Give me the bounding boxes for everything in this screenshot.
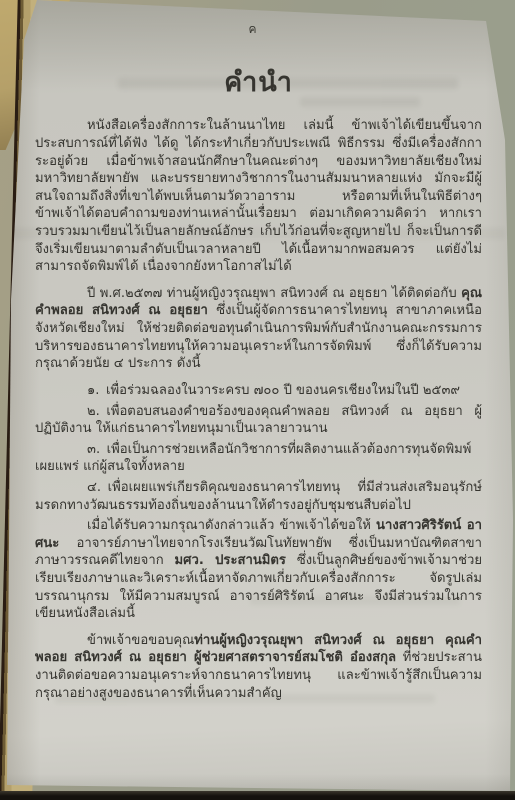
list-item-1: ๑. เพื่อร่วมฉลองในวาระครบ ๗๐๐ ปี ของนครเ… [35, 382, 482, 400]
list-item-3: ๓. เพื่อเป็นการช่วยเหลือนักวิชาการที่ผลิ… [35, 441, 482, 476]
book-page: ค คำนำ หนังสือเครื่องสักการะในล้านนาไทย … [0, 0, 515, 800]
page-number: ค [29, 20, 476, 39]
photo-bottom-edge [0, 791, 515, 800]
list-item-2: ๒. เพื่อตอบสนองคำขอร้องของคุณคำพลอย สนิท… [35, 403, 482, 438]
para-thanks: ข้าพเจ้าขอขอบคุณท่านผู้หญิงวรุณยุพา สนิท… [35, 632, 482, 702]
preface-title: คำนำ [35, 67, 482, 99]
preface-content: หนังสือเครื่องสักการะในล้านนาไทย เล่มนี้… [35, 117, 482, 702]
page-content: ค คำนำ หนังสือเครื่องสักการะในล้านนาไทย … [35, 20, 482, 711]
list-item-4: ๔. เพื่อเผยแพร่เกียรติคุณของธนาคารไทยทนุ… [35, 479, 482, 514]
para-funding: ปี พ.ศ.๒๕๓๗ ท่านผู้หญิงวรุณยุพา สนิทวงศ์… [35, 285, 482, 373]
para-intro: หนังสือเครื่องสักการะในล้านนาไทย เล่มนี้… [35, 117, 482, 275]
para-editor: เมื่อได้รับความกรุณาดังกล่าวแล้ว ข้าพเจ้… [35, 517, 482, 623]
